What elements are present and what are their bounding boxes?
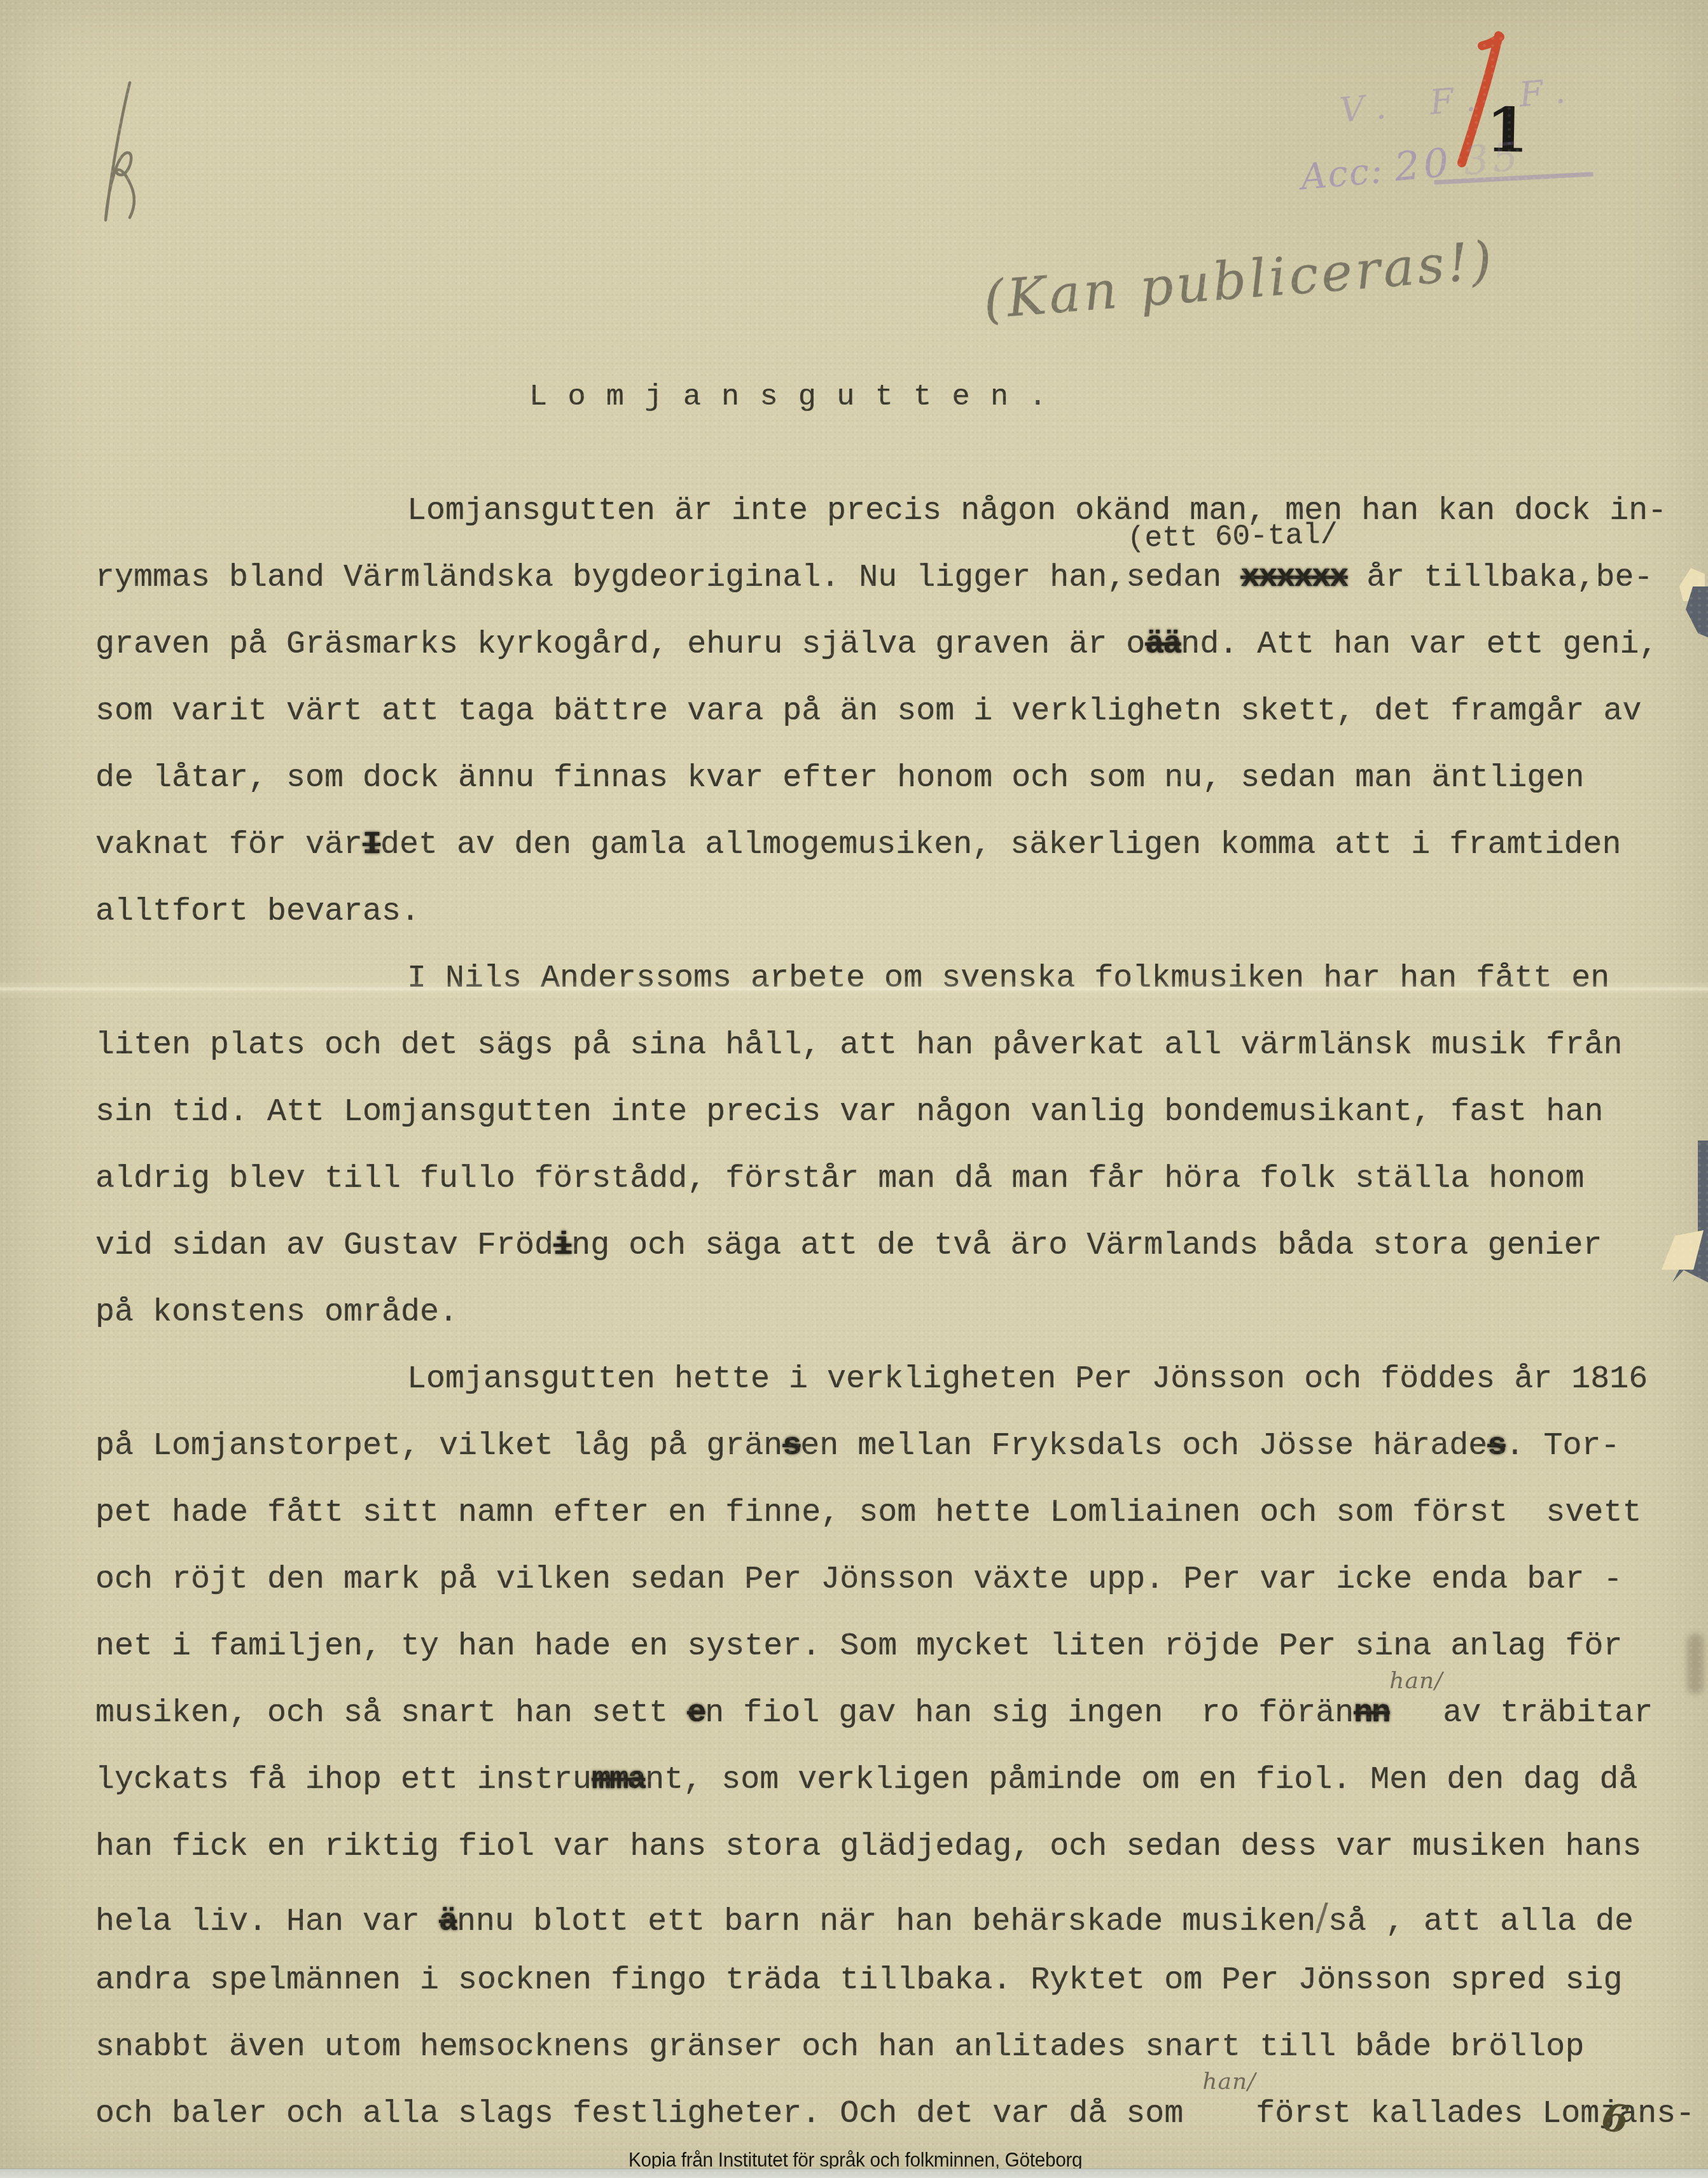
text-segment: han fick en riktig fiol var hans stora g… (95, 1829, 1641, 1865)
text-segment: de låtar, som dock ännu finnas kvar efte… (95, 760, 1584, 796)
text-segment: Lomjansgutten är inte precis någon okänd… (407, 493, 1667, 529)
text-segment: nt, som verkligen påminde om en fiol. Me… (645, 1762, 1637, 1798)
text-segment: på Lomjanstorpet, vilket låg på grän (95, 1428, 782, 1464)
typed-line: som varit värt att taga bättre vara på ä… (95, 693, 1641, 730)
text-segment: I Nils Anderssoms arbete om svenska folk… (407, 961, 1609, 997)
paper-fold-crease (0, 987, 1708, 990)
scanned-typescript-page: 1 V. F. F. Acc: 20 35 (Kan publiceras!) … (0, 0, 1708, 2178)
overtype-blot: mma (592, 1762, 645, 1798)
typed-line: de låtar, som dock ännu finnas kvar efte… (95, 760, 1584, 796)
typed-line: vaknat för värIdet av den gamla allmogem… (95, 827, 1621, 863)
typed-line: och röjt den mark på vilken sedan Per Jö… (95, 1562, 1622, 1598)
typed-line: pet hade fått sitt namn efter en finne, … (95, 1495, 1641, 1531)
text-segment: vid sidan av Gustav Fröd (95, 1228, 553, 1264)
text-segment: nnu blott ett barn när han behärskade mu… (457, 1904, 1316, 1940)
text-segment: lyckats få ihop ett instru (95, 1762, 592, 1798)
typed-line: I Nils Anderssoms arbete om svenska folk… (407, 961, 1609, 997)
typed-line: net i familjen, ty han hade en syster. S… (95, 1628, 1622, 1665)
typed-line: vid sidan av Gustav Fröding och säga att… (95, 1228, 1602, 1264)
typed-line: Lomjansgutten hette i verkligheten Per J… (407, 1361, 1648, 1398)
typed-line: Lomjansgutten är inte precis någon okänd… (407, 493, 1667, 529)
text-segment: vaknat för vär (95, 827, 363, 863)
text-segment: på konstens område. (95, 1294, 458, 1331)
text-segment: och baler och alla slags festligheter. O… (95, 2096, 1202, 2132)
typed-line: lyckats få ihop ett instrummant, som ver… (95, 1762, 1637, 1798)
typed-line: sin tid. Att Lomjansgutten inte precis v… (95, 1094, 1603, 1130)
text-segment: pet hade fått sitt namn efter en finne, … (95, 1495, 1641, 1531)
text-segment: som varit värt att taga bättre vara på ä… (95, 693, 1641, 730)
overtype-blot: ä (439, 1904, 457, 1940)
typed-line: hela liv. Han var ännu blott ett barn nä… (95, 1896, 1634, 1940)
text-segment: Lomjansgutten hette i verkligheten Per J… (407, 1361, 1648, 1398)
overtype-blot: xxxxxx (1240, 560, 1347, 596)
typed-line: musiken, och så snart han sett en fiol g… (95, 1695, 1653, 1731)
archive-stamp: V. F. F. Acc: 20 35 (1294, 69, 1595, 198)
edge-smudge (1687, 1634, 1704, 1694)
text-segment: så , att alla de (1328, 1904, 1634, 1940)
typed-line: snabbt även utom hemsocknens gränser och… (95, 2029, 1584, 2065)
text-segment: rymmas bland Värmländska bygdeoriginal. … (95, 560, 1240, 596)
stamp-acc-label: Acc: (1299, 150, 1385, 198)
pencil-insertion: han/ (1389, 1668, 1443, 1694)
typed-line: alltfort bevaras. (95, 894, 420, 930)
text-segment: nd. Att han var ett geni, (1181, 627, 1658, 663)
overtype-blot: s (1487, 1428, 1505, 1464)
text-segment: andra spelmännen i socknen fingo träda t… (95, 1962, 1622, 1999)
overtype-blot: nn (1354, 1695, 1389, 1731)
text-segment: snabbt även utom hemsocknens gränser och… (95, 2029, 1584, 2065)
stamp-accession-row: Acc: 20 35 (1299, 127, 1595, 198)
text-segment: det av den gamla allmogemusiken, säkerli… (380, 827, 1621, 863)
overtype-blot: s (782, 1428, 800, 1464)
typed-line: aldrig blev till fullo förstådd, förstår… (95, 1161, 1584, 1197)
overtype-blot: i (553, 1228, 571, 1264)
stamp-initials: V. F. F. (1294, 69, 1589, 134)
typed-line: och baler och alla slags festligheter. O… (95, 2096, 1695, 2132)
pencil-publish-note: (Kan publiceras!) (982, 223, 1589, 331)
typed-line: rymmas bland Värmländska bygdeoriginal. … (95, 560, 1653, 596)
text-segment: hela liv. Han var (95, 1904, 439, 1940)
text-segment: ng och säga att de två äro Värmlands båd… (571, 1228, 1602, 1264)
text-segment: musiken, och så snart han sett (95, 1695, 687, 1731)
text-segment: och röjt den mark på vilken sedan Per Jö… (95, 1562, 1622, 1598)
text-segment: sin tid. Att Lomjansgutten inte precis v… (95, 1094, 1603, 1130)
text-segment: net i familjen, ty han hade en syster. S… (95, 1628, 1622, 1665)
typed-line: liten plats och det sägs på sina håll, a… (95, 1027, 1622, 1064)
text-segment: aldrig blev till fullo förstådd, förstår… (95, 1161, 1584, 1197)
typed-line: graven på Gräsmarks kyrkogård, ehuru sjä… (95, 627, 1658, 663)
text-segment: en mellan Fryksdals och Jösse härade (800, 1428, 1487, 1464)
text-segment: . Tor- (1505, 1428, 1620, 1464)
text-segment: av träbitar (1443, 1695, 1653, 1731)
typed-line: han fick en riktig fiol var hans stora g… (95, 1829, 1641, 1865)
overtype-blot: I (363, 827, 380, 863)
text-segment: graven på Gräsmarks kyrkogård, ehuru sjä… (95, 627, 1145, 663)
overtype-blot: e (687, 1695, 705, 1731)
scan-bottom-edge (0, 2168, 1708, 2178)
text-segment: alltfort bevaras. (95, 894, 420, 930)
typed-line: på konstens område. (95, 1294, 458, 1331)
text-segment: n fiol gav han sig ingen ro förän (705, 1695, 1354, 1731)
overtype-blot: ää (1145, 627, 1181, 663)
typed-line: på Lomjanstorpet, vilket låg på gränsen … (95, 1428, 1620, 1464)
text-segment: liten plats och det sägs på sina håll, a… (95, 1027, 1622, 1064)
pencil-insertion: han/ (1202, 2069, 1256, 2095)
document-title: L o m j a n s g u t t e n . (529, 380, 1048, 414)
pencil-corner-mark-drawing (89, 76, 146, 235)
pencil-corner-mark (89, 76, 146, 239)
text-segment: år tillbaka,be- (1347, 560, 1653, 596)
pencil-slash: / (1316, 1896, 1328, 1939)
typed-line: andra spelmännen i socknen fingo träda t… (95, 1962, 1622, 1999)
